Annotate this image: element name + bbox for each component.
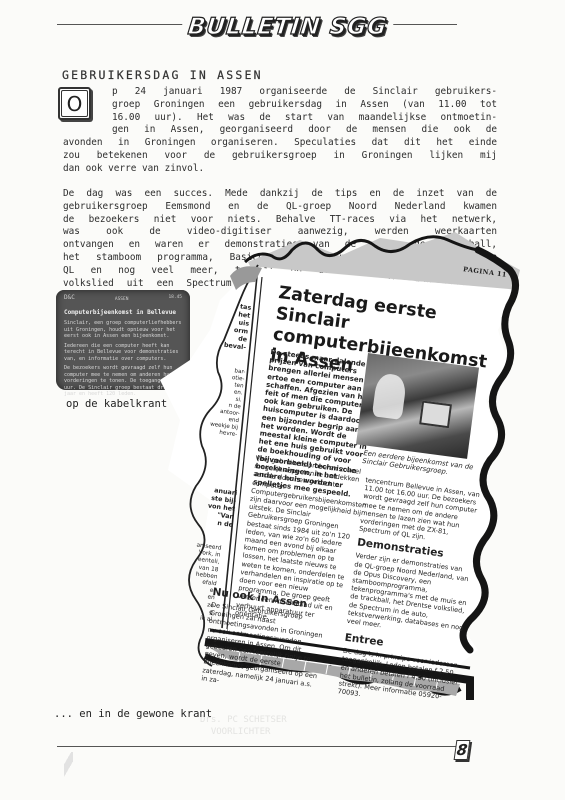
drop-cap-key: O	[58, 87, 91, 120]
article-title: GEBRUIKERSDAG IN ASSEN	[62, 68, 263, 82]
text-line: ontvangen en waren er demonstraties van …	[63, 239, 497, 252]
section-text-demonstraties: Verder zijn er demonstraties van de QL-g…	[346, 552, 473, 641]
tv-header: D&C ASSEN 18.45	[64, 295, 182, 304]
section-text-nu-ook: De Sinclair Gebruikersgroep Groningen za…	[201, 601, 327, 697]
text-line: groep Groningen een gebruikersdag in Ass…	[112, 99, 497, 112]
text-line: QL en nog veel meer, terwijl op de achte…	[63, 265, 497, 278]
tv-paragraph: De bezoekers wordt gevraagd zelf hun com…	[64, 365, 182, 398]
newspaper-photo	[356, 353, 479, 459]
text-line: gebruikersgroep Eemsmond en de QL-groep …	[63, 201, 497, 214]
text-line: De dag was een succes. Mede dankzij de t…	[63, 188, 497, 201]
tv-title: Computerbijeenkomst in Bellevue	[64, 310, 182, 317]
text-line: 16.00 uur). Het was de start van maandel…	[112, 112, 497, 125]
logo-text: BULLETIN SGG	[181, 14, 395, 40]
show-through-text-2: Drs. PC SCHETSER VOORLICHTER	[200, 714, 287, 738]
tv-time: 18.45	[168, 295, 182, 304]
torn-fragments-low: anuari ste bij- von het "Van n de	[193, 484, 238, 529]
newspaper-nu-ook-section: Nu ook in Assen De Sinclair Gebruikersgr…	[201, 582, 329, 697]
caption-kabelkrant: op de kabelkrant ...	[66, 398, 192, 410]
tv-logo: D&C	[64, 295, 75, 304]
tv-channel: ASSEN	[115, 297, 129, 304]
text-line: het stamboom programma, Basiccode speech…	[63, 252, 497, 265]
show-through-mark	[64, 752, 73, 778]
footer-rule	[57, 746, 457, 747]
text-line: gen in Assen, georganiseerd door de mens…	[112, 124, 497, 137]
bulletin-logo: BULLETIN SGG	[182, 10, 393, 44]
page-number: 8	[454, 740, 471, 760]
text-line: dan ook verre van zinvol.	[63, 163, 497, 176]
paragraph-1-continued: avonden in Groningen organiseren. Specul…	[63, 137, 497, 175]
tv-paragraph: Iedereen die een computer heeft kan tere…	[64, 343, 182, 363]
text-line: was ook de video-digitiser aanwezig, wer…	[63, 226, 497, 239]
caption-gewone-krant: ... en in de gewone krant	[54, 708, 212, 720]
text-line: p 24 januari 1987 organiseerde de Sincla…	[112, 86, 497, 99]
torn-fragments-mid: bar- otie- ten en. si. n de antoor- end …	[201, 365, 246, 439]
torn-fragments-top: tas het uis orm de beval-	[216, 300, 252, 352]
drop-cap-letter: O	[61, 90, 88, 117]
text-line: de bezoekers niet voor niets. Behalve TT…	[63, 214, 497, 227]
tv-paragraph: Sinclair, een groep computerliefhebbers …	[64, 320, 182, 340]
tv-body: Sinclair, een groep computerliefhebbers …	[64, 320, 182, 398]
text-line: avonden in Groningen organiseren. Specul…	[63, 137, 497, 150]
text-line: zou betekenen voor de gebruikersgroep in…	[63, 150, 497, 163]
teletext-screen-photo: D&C ASSEN 18.45 Computerbijeenkomst in B…	[56, 290, 190, 390]
paragraph-1-indented: p 24 januari 1987 organiseerde de Sincla…	[112, 86, 497, 137]
